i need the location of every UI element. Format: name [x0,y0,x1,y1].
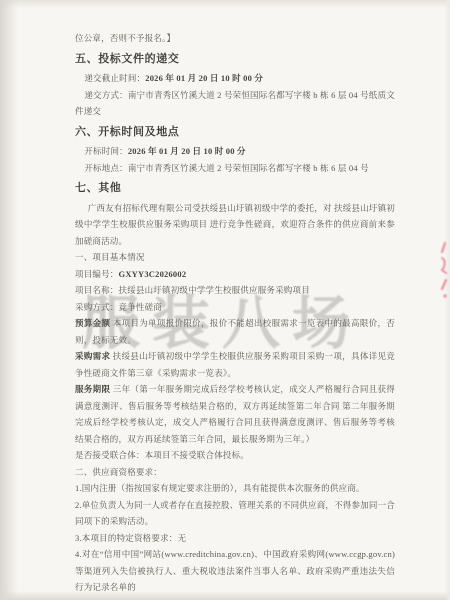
doc-line: 项目名称：扶绥县山圩镇初级中学学生校服供应服务采购项目 [75,282,395,299]
doc-line: 预算金额 本项目为单项报价限价，报价不能超出校服需求一览表中的最高限价，否则，投… [75,315,395,348]
doc-line: 开标时间：2026 年 01 月 20 日 10 时 00 分 [75,143,395,160]
doc-line: 采购方式：竞争性磋商 [75,299,395,316]
doc-line: 2.单位负责人为同一人或者存在直接控股、管理关系的不同供应商，不得参加同一合同项… [75,497,395,530]
doc-heading: 六、开标时间及地点 [75,124,395,141]
scanned-document-page: 位公章，否则不予报名。】五、投标文件的递交递交截止时间：2026 年 01 月 … [0,0,450,600]
scan-edge-top [0,0,450,8]
doc-line: 位公章，否则不予报名。】 [75,30,395,47]
doc-line: 3.本项目的特定资格要求：无 [75,530,395,547]
doc-line: 开标地点：南宁市青秀区竹溪大道 2 号荣恒国际名都写字楼 b 栋 6 层 04 … [75,160,395,177]
doc-line: 1.国内注册（指按国家有规定要求注册的），具有能提供本次服务的供应商。 [75,480,395,497]
doc-line: 服务期限 三年（第一年服务期完成后经学校考核认定，成交人严格履行合同且获得满意度… [75,381,395,447]
scan-edge-left [0,0,18,600]
doc-line: 4.对在“信用中国”网站(www.creditchina.gov.cn)、中国政… [75,546,395,596]
doc-line: 递交方式：南宁市青秀区竹溪大道 2 号荣恒国际名都写字楼 b 栋 6 层 04 … [75,87,395,120]
doc-heading: 五、投标文件的递交 [75,51,395,68]
doc-heading: 七、其他 [75,180,395,197]
doc-line: 项目编号：GXYY3C2026002 [75,266,395,283]
doc-line: 递交截止时间：2026 年 01 月 20 日 10 时 00 分 [75,70,395,87]
doc-line: 采购需求 扶绥县山圩镇初级中学学生校服供应服务采购项目采购一项，具体详见竞争性磋… [75,348,395,381]
doc-line: 二、供应商资格要求： [75,464,395,481]
red-ink-margin-mark [434,240,448,310]
doc-line: 广西友有招标代理有限公司受扶绥县山圩镇初级中学的委托，对 扶绥县山圩镇初级中学学… [75,200,395,250]
document-text: 位公章，否则不予报名。】五、投标文件的递交递交截止时间：2026 年 01 月 … [75,30,395,596]
doc-line: 是否接受联合体：本项目不接受联合体投标。 [75,447,395,464]
doc-line: 一、项目基本情况 [75,249,395,266]
